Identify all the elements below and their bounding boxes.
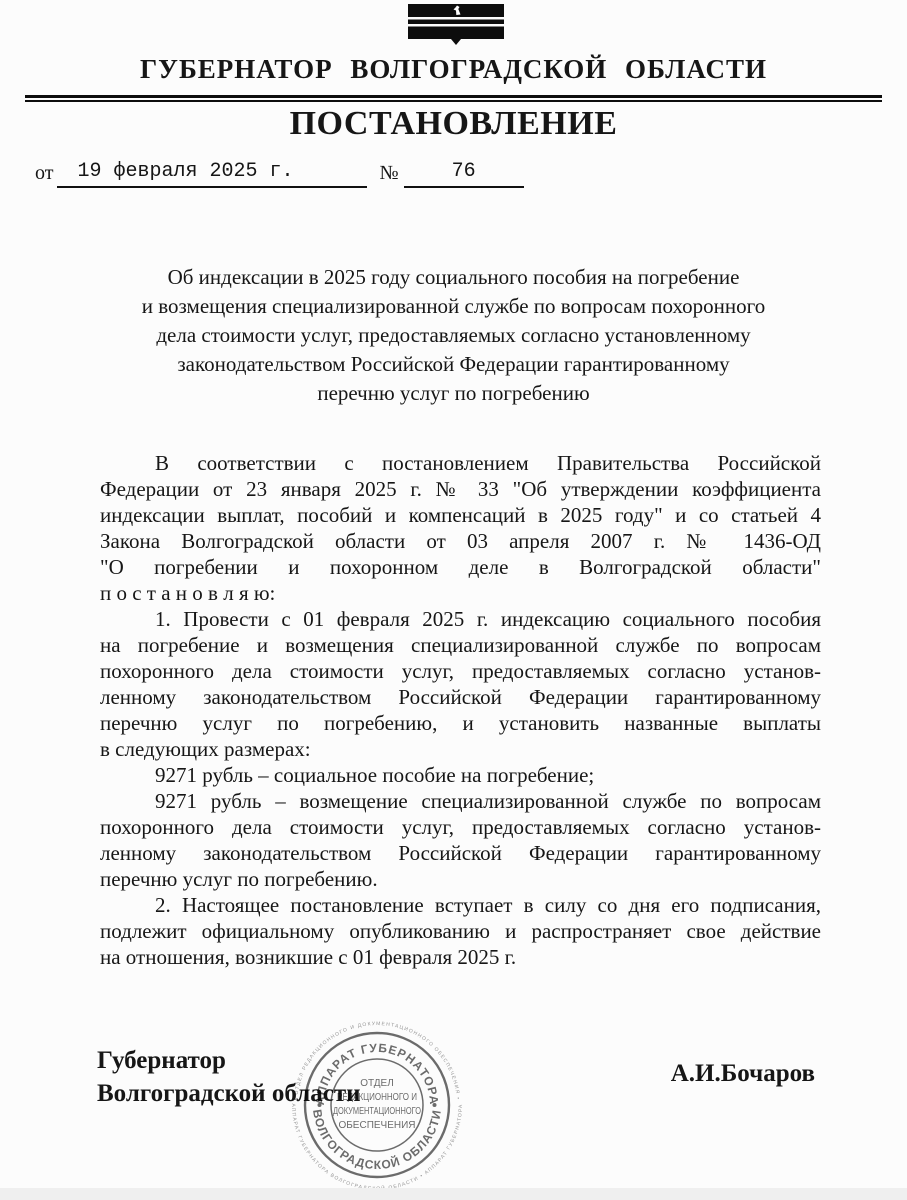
- body-line: на погребение и возмещения специализиров…: [100, 632, 821, 658]
- body-line: В соответствии с постановлением Правител…: [100, 450, 821, 476]
- body-line: перечню услуг по погребению.: [100, 866, 821, 892]
- document-page: ГУБЕРНАТОР ВОЛГОГРАДСКОЙ ОБЛАСТИ ПОСТАНО…: [0, 0, 907, 1200]
- volgograd-coat-of-arms-icon: [408, 4, 504, 46]
- scan-edge-strip: [0, 1188, 907, 1200]
- document-subject: Об индексации в 2025 году социального по…: [60, 263, 847, 408]
- official-stamp-icon: • ОТДЕЛ РЕДАКЦИОННОГО И ДОКУМЕНТАЦИОННОГ…: [282, 1010, 472, 1200]
- body-line: Закона Волгоградской области от 03 апрел…: [100, 528, 821, 554]
- body-line: 1. Провести с 01 февраля 2025 г. индекса…: [100, 606, 821, 632]
- header-divider: [25, 95, 882, 102]
- stamp-ring-text-bottom: ВОЛГОГРАДСКОЙ ОБЛАСТИ: [310, 1108, 444, 1172]
- signature-name: А.И.Бочаров: [671, 1060, 815, 1088]
- document-meta-line: от 19 февраля 2025 г. № 76: [35, 160, 524, 188]
- body-line: на отношения, возникшие с 01 февраля 202…: [100, 944, 821, 970]
- body-line: похоронного дела стоимости услуг, предос…: [100, 814, 821, 840]
- body-line: ленному законодательством Российской Фед…: [100, 684, 821, 710]
- body-line: похоронного дела стоимости услуг, предос…: [100, 658, 821, 684]
- body-line: подлежит официальному опубликованию и ра…: [100, 918, 821, 944]
- number-label: №: [379, 162, 398, 188]
- number-value: 76: [404, 160, 524, 188]
- stamp-center-line-1: ОТДЕЛ: [360, 1078, 394, 1089]
- divider-thin-line: [25, 100, 882, 102]
- stamp-inner-circle: [331, 1059, 423, 1151]
- body-line: в следующих размерах:: [100, 736, 821, 762]
- document-body: В соответствии с постановлением Правител…: [100, 450, 821, 970]
- body-line: 9271 рубль – возмещение специализированн…: [100, 788, 821, 814]
- date-value: 19 февраля 2025 г.: [57, 160, 367, 188]
- body-line: "О погребении и похоронном деле в Волгог…: [100, 554, 821, 580]
- body-line: 9271 рубль – социальное пособие на погре…: [100, 762, 821, 788]
- stamp-center-line-3: ДОКУМЕНТАЦИОННОГО: [333, 1106, 421, 1117]
- body-line: Федерации от 23 января 2025 г. № 33 "Об …: [100, 476, 821, 502]
- organization-name: ГУБЕРНАТОР ВОЛГОГРАДСКОЙ ОБЛАСТИ: [0, 54, 907, 85]
- body-line: индексации выплат, пособий и компенсаций…: [100, 502, 821, 528]
- body-line: ленному законодательством Российской Фед…: [100, 840, 821, 866]
- body-line: 2. Настоящее постановление вступает в си…: [100, 892, 821, 918]
- divider-thick-line: [25, 95, 882, 98]
- body-line: перечню услуг по погребению, и установит…: [100, 710, 821, 736]
- document-type-title: ПОСТАНОВЛЕНИЕ: [0, 105, 907, 143]
- date-label: от: [35, 162, 53, 188]
- stamp-center-line-4: ОБЕСПЕЧЕНИЯ: [338, 1120, 415, 1131]
- stamp-center-line-2: РЕДАКЦИОННОГО И: [337, 1092, 417, 1103]
- body-line: п о с т а н о в л я ю:: [100, 580, 821, 606]
